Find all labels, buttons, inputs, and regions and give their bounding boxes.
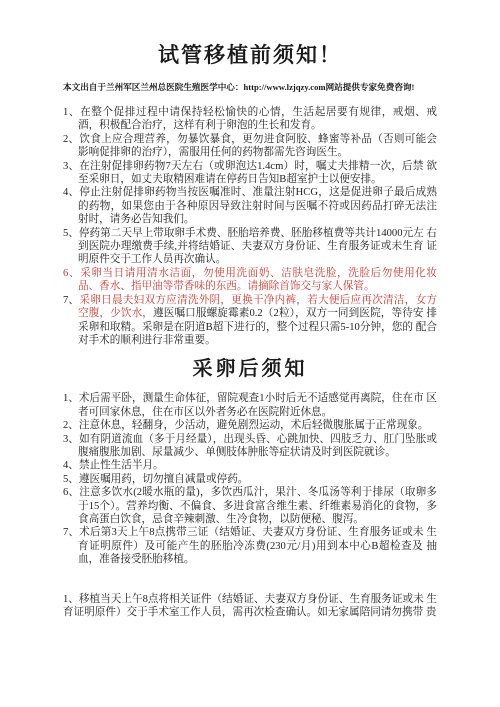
list-item: 3、在注射促排卵药物7天左右（或卵泡达1.4cm）时，嘱丈夫排精一次，后禁 欲至… xyxy=(63,160,437,187)
section-title-post-retrieval: 采卵后须知 xyxy=(63,356,437,382)
item-number: 6、 xyxy=(63,268,80,279)
item-number: 3、 xyxy=(63,434,79,445)
list-item: 4、禁止性生活半月。 xyxy=(63,459,437,472)
transfer-day-closing-paragraph: 1、移植当天上午8点将相关证件（结婚证、夫妻双方身份证、生育服务证或未 生育证明… xyxy=(63,593,437,620)
item-text: 禁止性生活半月。 xyxy=(79,460,164,471)
item-number: 5、 xyxy=(63,228,79,239)
item-text: 停止注射促排卵药物当按医嘱准时、准量注射HCG，这是促进卵子最后成熟的药物，如果… xyxy=(78,187,437,225)
item-text: 术后需平卧，测量生命体征，留院观查1小时后无不适感觉再离院，住在市 区者可回家休… xyxy=(78,393,437,417)
list-item-mixed-color: 7、采卵日晨夫妇双方应清洗外阴，更换干净内裤，若大便后应再次清洁，女方空腹，少饮… xyxy=(63,294,437,348)
item-number: 4、 xyxy=(63,187,79,198)
item-number: 6、 xyxy=(63,487,79,498)
document-page: 试管移植前须知！ 本文出自于兰州军区兰州总医院生殖医学中心：http://www… xyxy=(0,0,500,707)
item-number: 1、 xyxy=(63,107,80,118)
item-number: 7、 xyxy=(63,527,79,538)
item-text: 如有阴道流血（多于月经量），出现头昏、心跳加快、四肢乏力、肛门坠胀或腹痛腹胀加剧… xyxy=(78,434,437,458)
page-title: 试管移植前须知！ xyxy=(63,42,437,68)
list-item: 6、注意多饮水(2暖水瓶的量)，多饮西瓜汁，果汁、冬瓜汤等利于排尿（取卵多于15… xyxy=(63,486,437,526)
item-number: 1、 xyxy=(63,393,79,404)
list-item: 2、饮食上应合理营养，勿暴饮暴食，更勿进食阿胶、蜂蜜等补品（否则可能会影响促排卵… xyxy=(63,133,437,160)
source-attribution-line: 本文出自于兰州军区兰州总医院生殖医学中心：http://www.lzjqzy.c… xyxy=(63,82,437,93)
item-text: 注意多饮水(2暖水瓶的量)，多饮西瓜汁，果汁、冬瓜汤等利于排尿（取卵多于15个）… xyxy=(78,487,437,525)
item-number: 7、 xyxy=(63,295,79,306)
item-text: 遵医嘱用药，切勿擅自减量或停药。 xyxy=(79,474,249,485)
list-item: 1、在整个促排过程中请保持轻松愉快的心情，生活起居要有规律，戒烟、戒酒，积极配合… xyxy=(63,106,437,133)
post-retrieval-notice-list: 1、术后需平卧，测量生命体征，留院观查1小时后无不适感觉再离院，住在市 区者可回… xyxy=(63,392,437,566)
item-text: 注意休息，轻翻身，少活动，避免剧烈运动，术后轻微腹胀属于正常现象。 xyxy=(79,420,429,431)
item-text: 在整个促排过程中请保持轻松愉快的心情，生活起居要有规律，戒烟、戒酒，积极配合治疗… xyxy=(78,107,437,131)
list-item: 5、停药第二天早上带取卵手术费、胚胎培养费、胚胎移植费等共计14000元左 右到… xyxy=(63,227,437,267)
item-number: 5、 xyxy=(63,474,79,485)
item-text: 术后第3天上午8点携带三证（结婚证、夫妻双方身份证、生育服务证或未 生育证明原件… xyxy=(78,527,437,565)
item-number: 2、 xyxy=(63,134,79,145)
item-number: 4、 xyxy=(63,460,79,471)
item-text: 在注射促排卵药物7天左右（或卵泡达1.4cm）时，嘱丈夫排精一次，后禁 欲至采卵… xyxy=(78,161,437,185)
item-number: 1、 xyxy=(63,594,79,605)
list-item: 4、停止注射促排卵药物当按医嘱准时、准量注射HCG，这是促进卵子最后成熟的药物，… xyxy=(63,186,437,226)
list-item-red-warning: 6、采卵当日请用清水洁面，勿使用洗面奶、洁肤皂洗脸，洗脸后勿使用化妆品、香水、指… xyxy=(63,267,437,294)
list-item: 2、注意休息，轻翻身，少活动，避免剧烈运动，术后轻微腹胀属于正常现象。 xyxy=(63,419,437,432)
item-number: 3、 xyxy=(63,161,79,172)
list-item: 5、遵医嘱用药，切勿擅自减量或停药。 xyxy=(63,473,437,486)
list-item: 7、术后第3天上午8点携带三证（结婚证、夫妻双方身份证、生育服务证或未 生育证明… xyxy=(63,526,437,566)
item-text: 饮食上应合理营养，勿暴饮暴食，更勿进食阿胶、蜂蜜等补品（否则可能会影响促排卵的治… xyxy=(78,134,437,158)
item-number: 2、 xyxy=(63,420,79,431)
list-item: 3、如有阴道流血（多于月经量），出现头昏、心跳加快、四肢乏力、肛门坠胀或腹痛腹胀… xyxy=(63,433,437,460)
item-text: 停药第二天早上带取卵手术费、胚胎培养费、胚胎移植费等共计14000元左 右到医院… xyxy=(78,228,437,266)
item-text: 采卵当日请用清水洁面，勿使用洗面奶、洁肤皂洗脸，洗脸后勿使用化妆品、香水、指甲油… xyxy=(78,268,437,292)
list-item: 1、术后需平卧，测量生命体征，留院观查1小时后无不适感觉再离院，住在市 区者可回… xyxy=(63,392,437,419)
item-text: 移植当天上午8点将相关证件（结婚证、夫妻双方身份证、生育服务证或未 生育证明原件… xyxy=(63,594,437,619)
pre-transfer-notice-list: 1、在整个促排过程中请保持轻松愉快的心情，生活起居要有规律，戒烟、戒酒，积极配合… xyxy=(63,106,437,347)
